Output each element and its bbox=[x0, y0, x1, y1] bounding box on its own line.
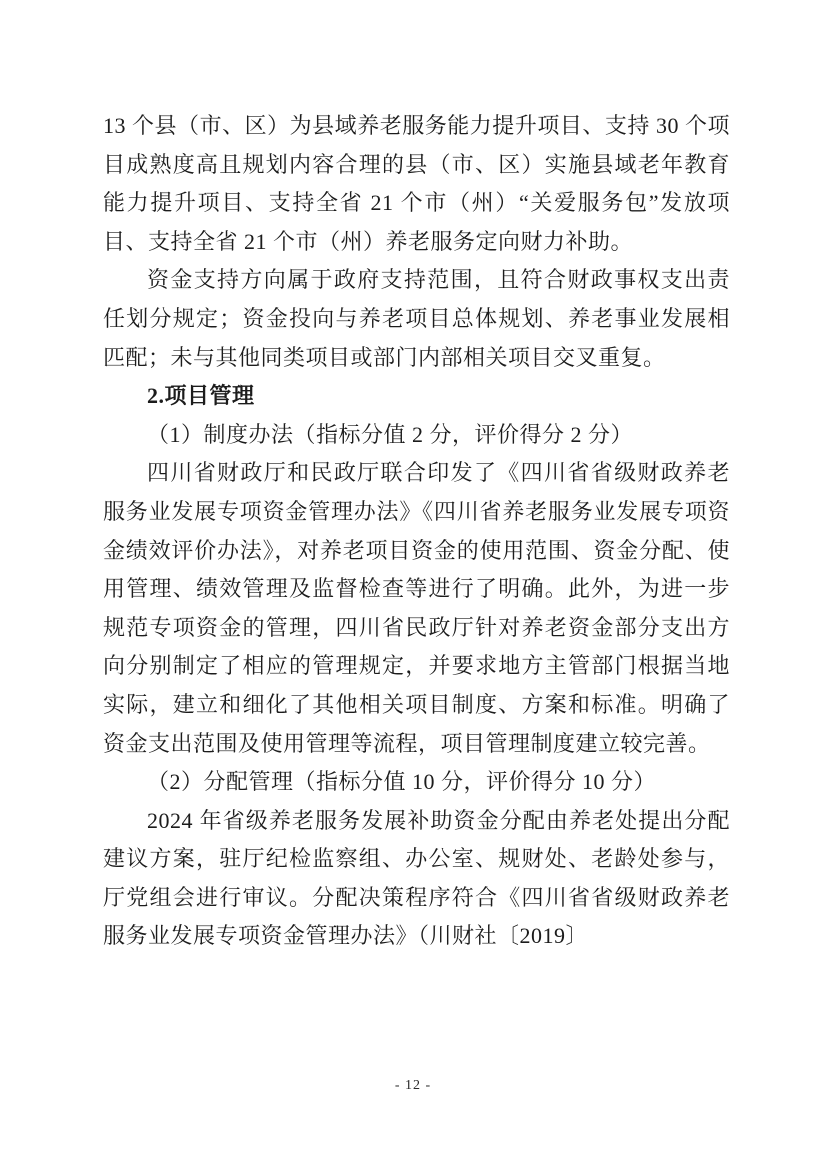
subheading-institutional-measures: （1）制度办法（指标分值 2 分，评价得分 2 分） bbox=[103, 416, 730, 455]
heading-project-management: 2.项目管理 bbox=[103, 377, 730, 416]
paragraph-institutional-detail: 四川省财政厅和民政厅联合印发了《四川省省级财政养老服务业发展专项资金管理办法》《… bbox=[103, 454, 730, 763]
paragraph-allocation-detail: 2024 年省级养老服务发展补助资金分配由养老处提出分配建议方案，驻厅纪检监察组… bbox=[103, 802, 730, 956]
document-page: 13 个县（市、区）为县域养老服务能力提升项目、支持 30 个项目成熟度高且规划… bbox=[0, 0, 826, 1169]
paragraph-county-projects: 13 个县（市、区）为县域养老服务能力提升项目、支持 30 个项目成熟度高且规划… bbox=[103, 107, 730, 261]
subheading-allocation-management: （2）分配管理（指标分值 10 分，评价得分 10 分） bbox=[103, 763, 730, 802]
document-body: 13 个县（市、区）为县域养老服务能力提升项目、支持 30 个项目成熟度高且规划… bbox=[103, 107, 730, 956]
paragraph-fund-direction: 资金支持方向属于政府支持范围，且符合财政事权支出责任划分规定；资金投向与养老项目… bbox=[103, 261, 730, 377]
page-number: - 12 - bbox=[0, 1078, 826, 1094]
